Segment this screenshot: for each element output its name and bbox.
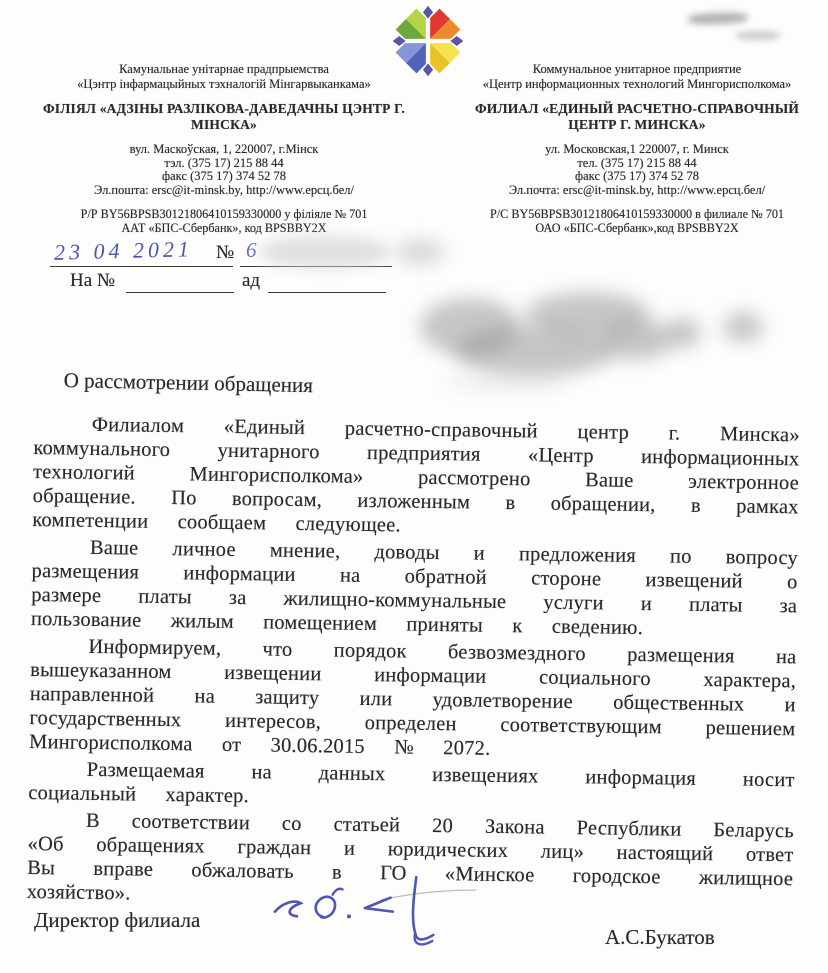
org-name-line: «Цэнтр інфармацыйных тэхналогій Мінгарвы… — [34, 77, 414, 92]
reply-to-label: На № — [70, 270, 115, 292]
fax-number: факс (375 17) 374 52 78 — [450, 170, 824, 184]
signature-strokes-icon — [262, 874, 481, 960]
scanned-letter-page: Камунальнае унітарнае прадпрыемства «Цэн… — [0, 0, 828, 973]
date-underline — [50, 266, 233, 267]
fax-number: факс (375 17) 374 52 78 — [34, 170, 414, 184]
letterhead-right-column: Коммунальное унитарное предприятие «Цент… — [450, 62, 824, 235]
email-website: Эл.пошта: ersc@it-minsk.by, http://www.е… — [34, 184, 414, 198]
redacted-recipient-block — [415, 278, 785, 400]
reply-number-underline — [126, 292, 234, 293]
redacted-number-blur — [260, 236, 390, 268]
handwritten-number-partial: 6 — [246, 238, 257, 263]
phone-number: тел. (375 17) 215 88 44 — [450, 157, 824, 171]
number-label: № — [216, 242, 234, 264]
letter-body: Филиалом «Единый расчетно-справочный цен… — [27, 412, 800, 918]
letterhead-left-column: Камунальнае унітарнае прадпрыемства «Цэн… — [34, 62, 414, 235]
body-paragraph: Размещаемая на данных извещениях информа… — [28, 757, 795, 816]
phone-number: тэл. (375 17) 215 88 44 — [34, 157, 414, 171]
corner-smudge-mark — [688, 12, 748, 25]
signer-position: Директор филиала — [34, 908, 200, 933]
handwritten-signature — [262, 874, 481, 965]
branch-name: ФИЛИАЛ «ЕДИНЫЙ РАСЧЕТНО-СПРАВОЧНЫЙ ЦЕНТР… — [450, 101, 824, 133]
postal-address: вул. Маскоўская, 1, 220007, г.Мінск — [34, 143, 414, 157]
bank-account: Р/С BY56BPSB30121806410159330000 в филиа… — [450, 207, 824, 221]
body-paragraph: Филиалом «Единый расчетно-справочный цен… — [32, 412, 800, 543]
bank-name: ОАО «БПС-Сбербанк»,код BPSBBY2X — [450, 221, 824, 235]
corner-smudge-mark — [736, 31, 780, 40]
bank-name: ААТ «БПС-Сбербанк», код BPSBBY2X — [34, 221, 414, 235]
org-name-line: Камунальнае унітарнае прадпрыемства — [34, 62, 414, 77]
body-paragraph: Информируем, что порядок безвозмездного … — [29, 634, 797, 765]
branch-name: ФІЛІЯЛ «АДЗІНЫ РАЗЛІКОВА-ДАВЕДАЧНЫ ЦЭНТР… — [34, 101, 414, 133]
postal-address: ул. Московская,1 220007, г. Минск — [450, 143, 824, 157]
bank-account: Р/Р BY56BPSB30121806410159330000 у філія… — [34, 207, 414, 221]
handwritten-date: 23 04 2021 — [54, 236, 194, 266]
org-name-line: «Центр информационных технологий Мингори… — [450, 77, 824, 92]
signer-name: А.С.Букатов — [605, 925, 715, 950]
body-paragraph: Ваше личное мнение, доводы и предложения… — [31, 535, 798, 642]
redacted-number-blur — [395, 240, 445, 264]
reply-from-label: ад — [242, 270, 260, 292]
reply-from-underline — [268, 292, 386, 293]
subject-line: О рассмотрении обращения — [63, 368, 313, 398]
org-name-line: Коммунальное унитарное предприятие — [450, 62, 824, 77]
email-website: Эл.почта: ersc@it-minsk.by, http://www.е… — [450, 184, 824, 198]
reference-block: 23 04 2021 № 6 На № ад — [50, 244, 420, 314]
